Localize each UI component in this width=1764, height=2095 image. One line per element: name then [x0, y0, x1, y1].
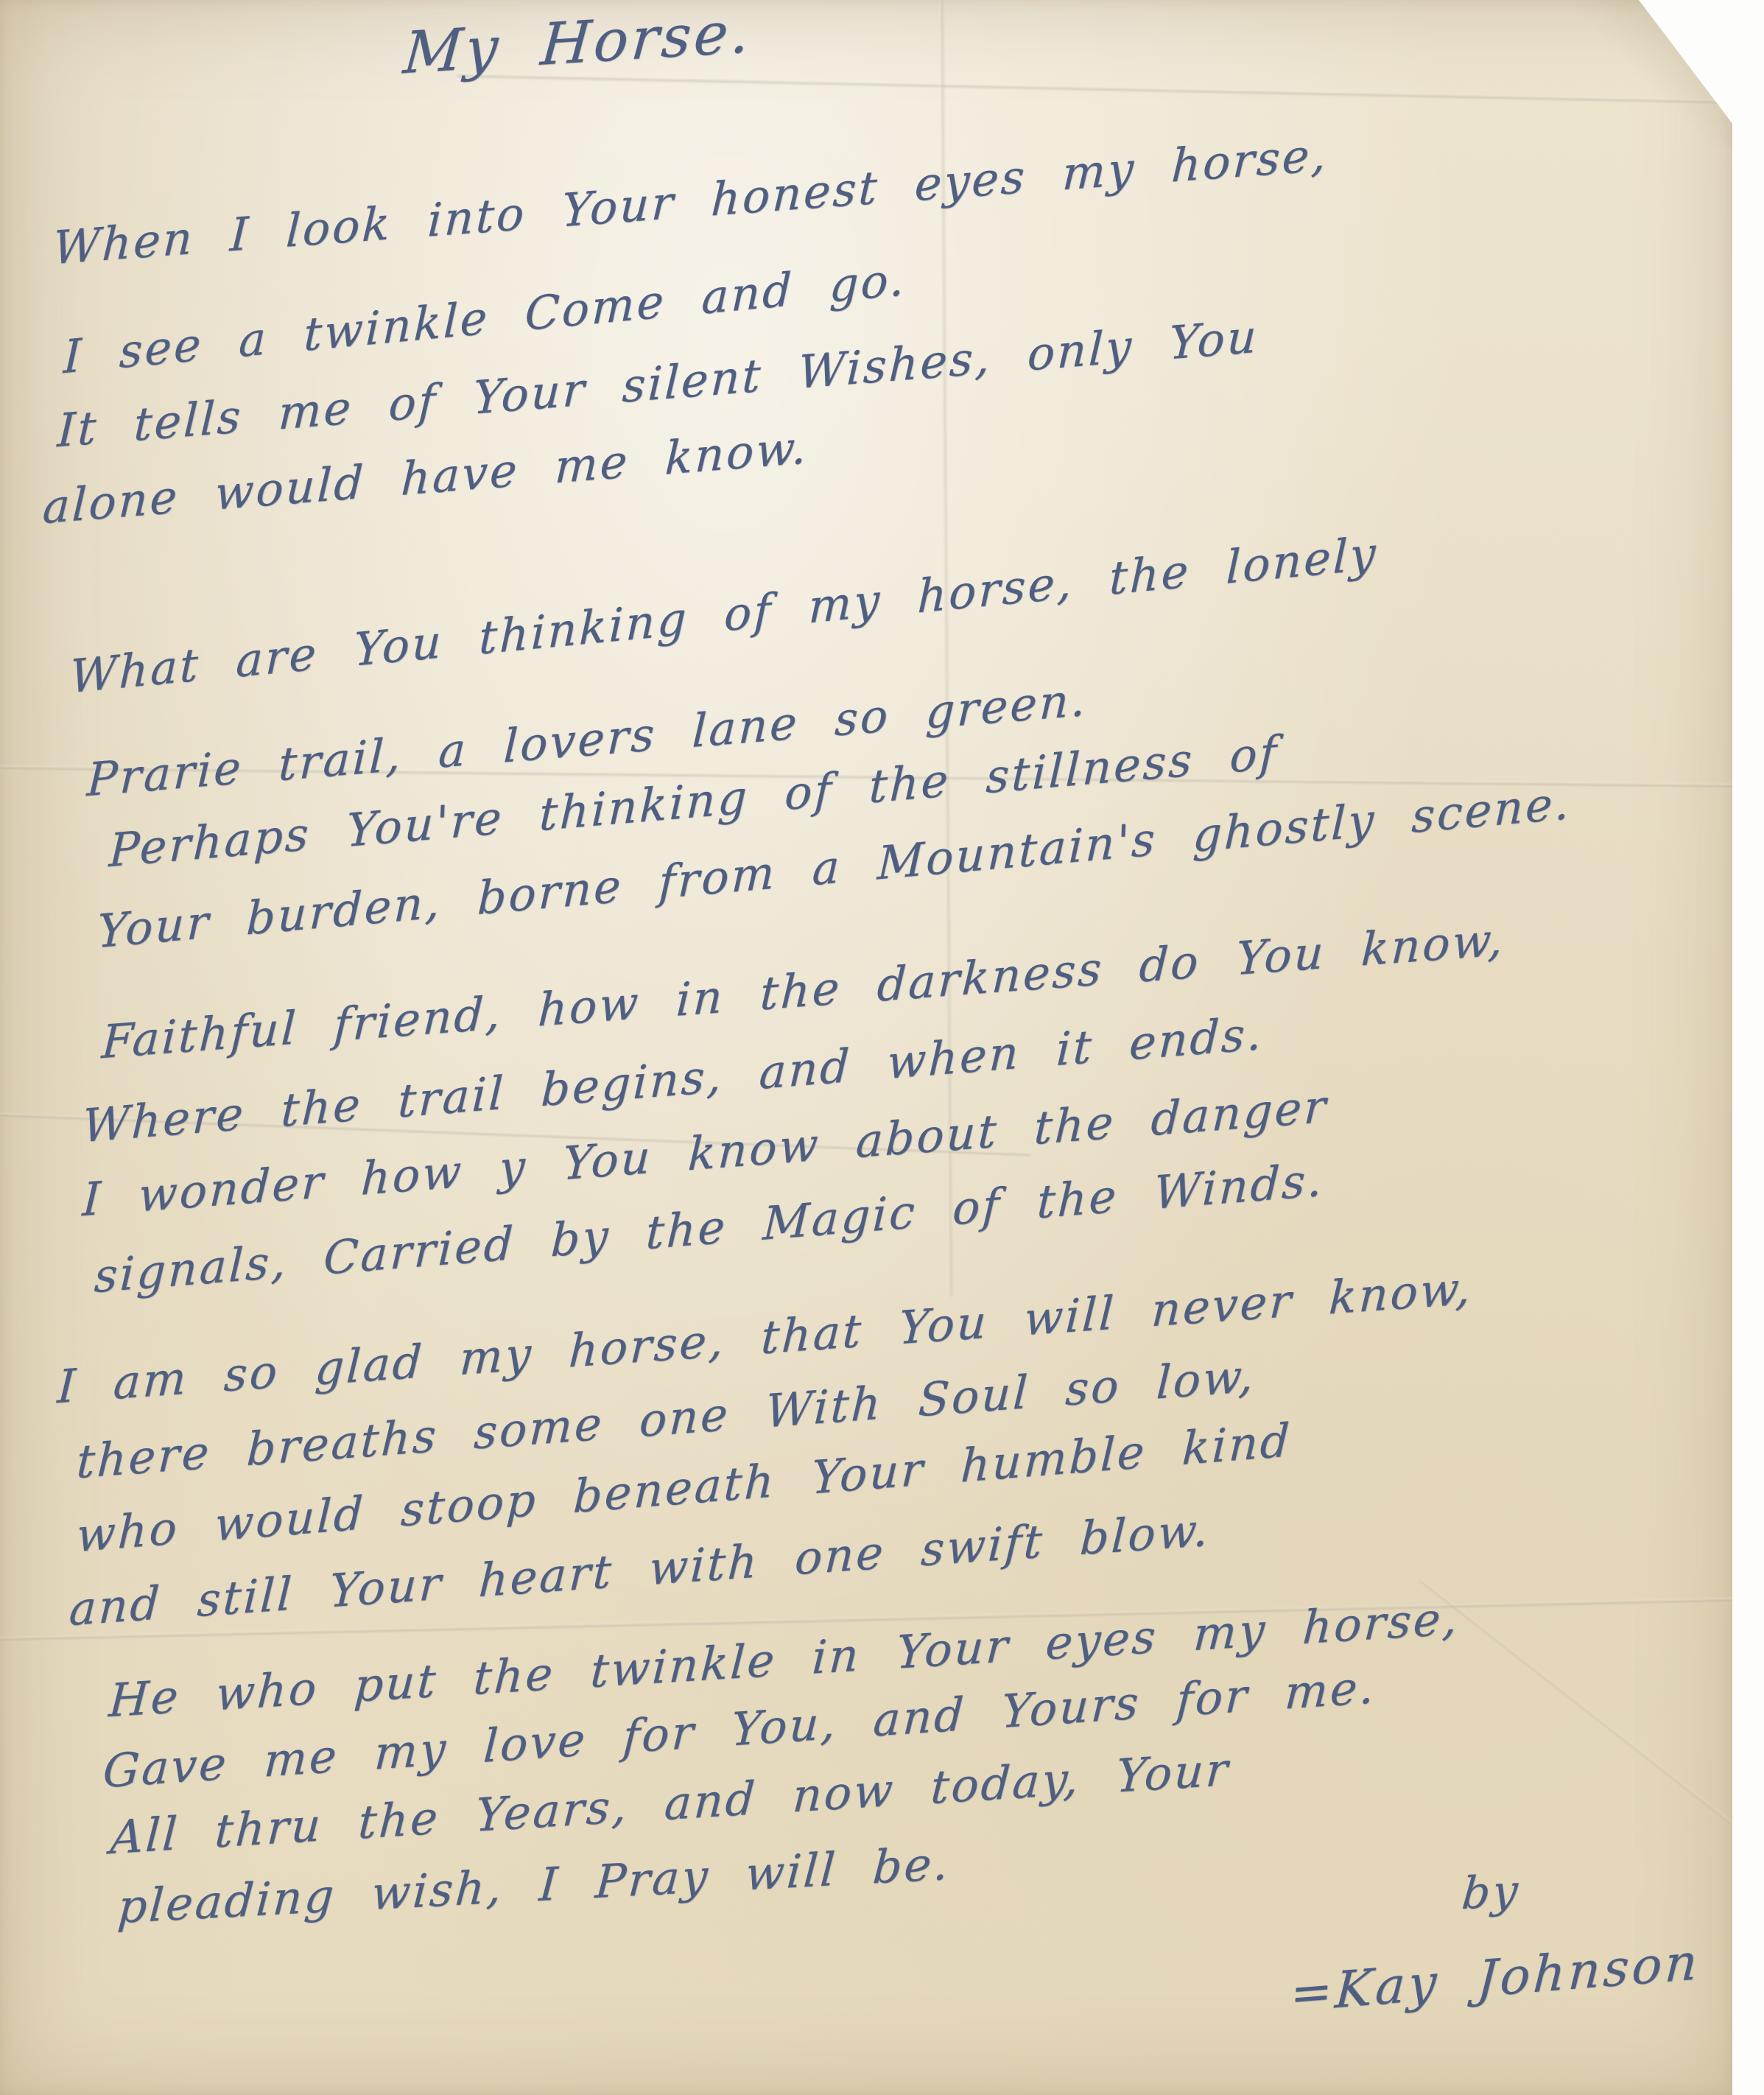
scanned-letter: My Horse. When I look into Your honest e… — [0, 0, 1764, 2095]
clipped-corner-shading — [1561, 0, 1738, 147]
letter-title: My Horse. — [401, 0, 754, 87]
letter-paper: My Horse. When I look into Your honest e… — [0, 0, 1732, 2095]
poem-line: When I look into Your honest eyes my hor… — [52, 127, 1329, 276]
fold-crease — [1419, 1579, 1764, 1873]
fold-crease — [457, 74, 1731, 105]
signature-by: by — [1460, 1865, 1522, 1920]
signature-name: =Kay Johnson — [1289, 1933, 1702, 2024]
poem-line: What are You thinking of my horse, the l… — [69, 526, 1378, 703]
